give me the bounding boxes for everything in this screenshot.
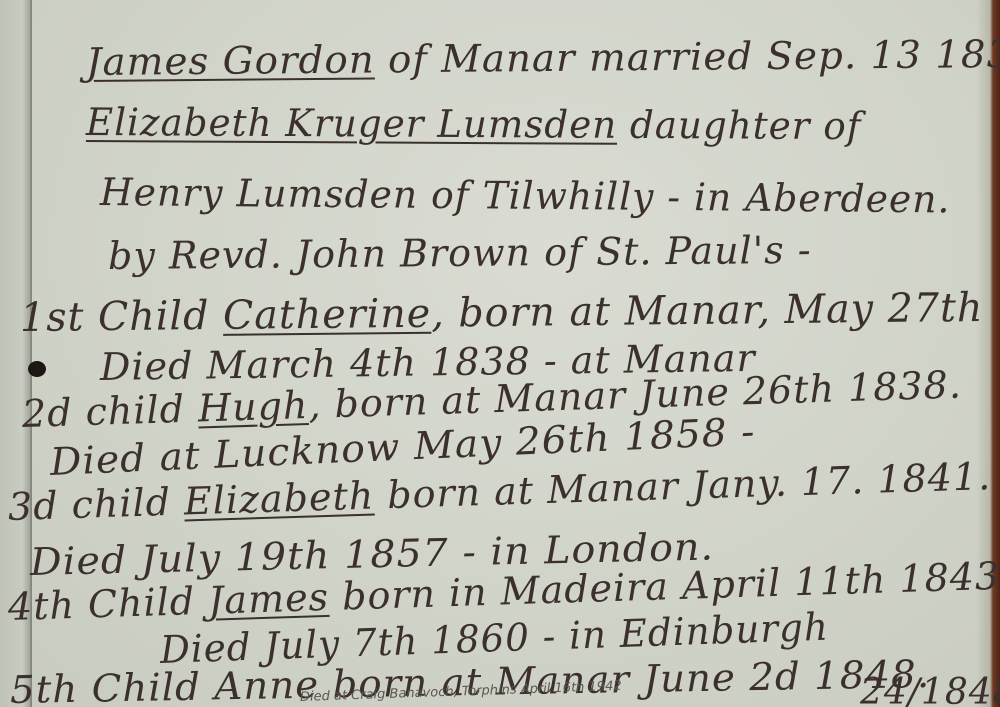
line-text: 1st Child (20, 293, 223, 341)
line-text: by Revd. John Brown of St. Paul's - (108, 228, 812, 278)
line-text: 4th Child (7, 579, 209, 629)
line-text: of Manar married Sep. 13 1836 (375, 32, 1000, 82)
child-name: James (207, 575, 329, 623)
line-text: 24/1848. (860, 672, 1000, 707)
entry-line-marriage-2: Elizabeth Kruger Lumsden daughter of (86, 100, 862, 148)
binding-shadow (976, 0, 990, 707)
husband-name: James Gordon (86, 37, 375, 84)
register-page: James Gordon of Manar married Sep. 13 18… (0, 0, 1000, 707)
ink-blot (28, 361, 46, 377)
book-binding (990, 0, 1000, 707)
child-name: Catherine (223, 291, 432, 339)
entry-line-marriage-3: Henry Lumsden of Tilwhilly - in Aberdeen… (100, 170, 951, 221)
overlay-date: 24/1848. (860, 672, 1000, 707)
line-text: , born at Manar, May 27th 1837. (431, 284, 1000, 337)
child-name: Elizabeth (183, 474, 375, 524)
entry-line-marriage-4: by Revd. John Brown of St. Paul's - (108, 228, 812, 278)
line-text: daughter of (617, 103, 862, 148)
wife-name: Elizabeth Kruger Lumsden (86, 100, 617, 147)
entry-line-child1-born: 1st Child Catherine, born at Manar, May … (20, 284, 1000, 341)
child-name: Hugh (197, 383, 309, 430)
line-text: 2d child (21, 386, 198, 436)
entry-line-marriage-1: James Gordon of Manar married Sep. 13 18… (86, 32, 1000, 84)
line-text: Henry Lumsden of Tilwhilly - in Aberdeen… (100, 170, 951, 221)
line-text: 3d child (7, 479, 184, 529)
